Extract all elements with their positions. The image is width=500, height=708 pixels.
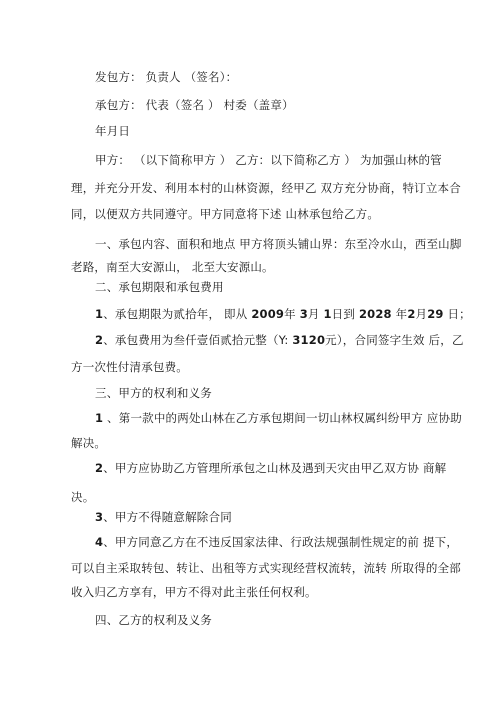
start-month: 3 [300,307,308,321]
unit-year: 年 [284,307,300,321]
intro-line-3: 同，以便双方共同遵守。甲方同意将下述 山林承包给乙方。 [71,207,379,221]
item-number: 4 [95,535,103,549]
section4-title: 四、乙方的权利及义务 [95,613,212,627]
end-month: 2 [407,307,415,321]
section3-item3: 3、甲方不得随意解除合同 [95,510,232,524]
section2-item1: 1、承包期限为贰拾年， 即从 2009年 3月 1日到 2028 年2月29 日… [95,307,471,321]
section3-item1: 1 、第一款中的两处山林在乙方承包期间一切山林权属纠纷甲方 应协助 [95,411,462,425]
item-number: 1 [95,307,103,321]
section2-item2-continuation: 方一次性付清承包费。 [71,360,188,374]
section1-line-1: 一、承包内容、面积和地点 甲方将顶头铺山界：东至冷水山，西至山脚 [95,237,462,251]
item-text: 、甲方同意乙方在不违反国家法律、行政法规强制性规定的前 提下， [103,535,458,549]
item-number: 2 [95,333,103,347]
fee-amount: 3120 [292,333,325,347]
unit-day: 日； [444,307,471,321]
contractor-signature-line: 发包方： 负责人 （签名）： [95,70,237,84]
start-day: 1 [323,307,331,321]
section3-item4-continuation-1: 可以自主采取转包、转让、出租等方式实现经营权流转，流转 所取得的全部 [71,561,461,575]
contractee-signature-line: 承包方： 代表（签名 ） 村委（盖章） [95,98,294,112]
end-year: 2028 [359,307,392,321]
item-text: 、甲方应协助乙方管理所承包之山林及遇到天灾由甲乙双方协 商解 [103,461,446,475]
item-number: 1 [95,411,103,425]
intro-line-1: 甲方： （以下简称甲方 ） 乙方：以下简称乙方 ） 为加强山林的管 [95,153,442,167]
end-day: 29 [427,307,443,321]
section2-title: 二、承包期限和承包费用 [95,280,224,294]
item-text: 元），合同签字生效 后，乙 [325,333,464,347]
section1-line-2: 老路，南至大安源山， 北至大安源山。 [71,260,274,274]
section3-item1-continuation: 解决。 [71,436,106,450]
date-line: 年月日 [95,124,130,138]
item-text: 、承包期限为贰拾年， 即从 [103,307,251,321]
item-number: 2 [95,461,103,475]
unit-month: 月 [416,307,428,321]
start-year: 2009 [251,307,284,321]
document-page: 发包方： 负责人 （签名）： 承包方： 代表（签名 ） 村委（盖章） 年月日 甲… [0,0,500,708]
section3-title: 三、甲方的权利和义务 [95,386,212,400]
item-text: 、第一款中的两处山林在乙方承包期间一切山林权属纠纷甲方 应协助 [103,411,462,425]
section3-item2: 2、甲方应协助乙方管理所承包之山林及遇到天灾由甲乙双方协 商解 [95,461,446,475]
unit-year: 年 [392,307,408,321]
section3-item4: 4、甲方同意乙方在不违反国家法律、行政法规强制性规定的前 提下， [95,535,458,549]
section3-item2-continuation: 决。 [71,490,94,504]
section2-item2: 2、承包费用为叁仟壹佰贰拾元整（Y: 3120元），合同签字生效 后，乙 [95,333,464,347]
item-number: 3 [95,510,103,524]
intro-line-2: 理，并充分开发、利用本村的山林资源，经甲乙 双方充分协商，特订立本合 [71,181,461,195]
unit-month: 月 [308,307,324,321]
section3-item4-continuation-2: 收入归乙方享有，甲方不得对此主张任何权利。 [71,585,317,599]
item-text: 、甲方不得随意解除合同 [103,510,232,524]
unit-day: 日到 [332,307,359,321]
item-text: 、承包费用为叁仟壹佰贰拾元整（Y: [103,333,292,347]
